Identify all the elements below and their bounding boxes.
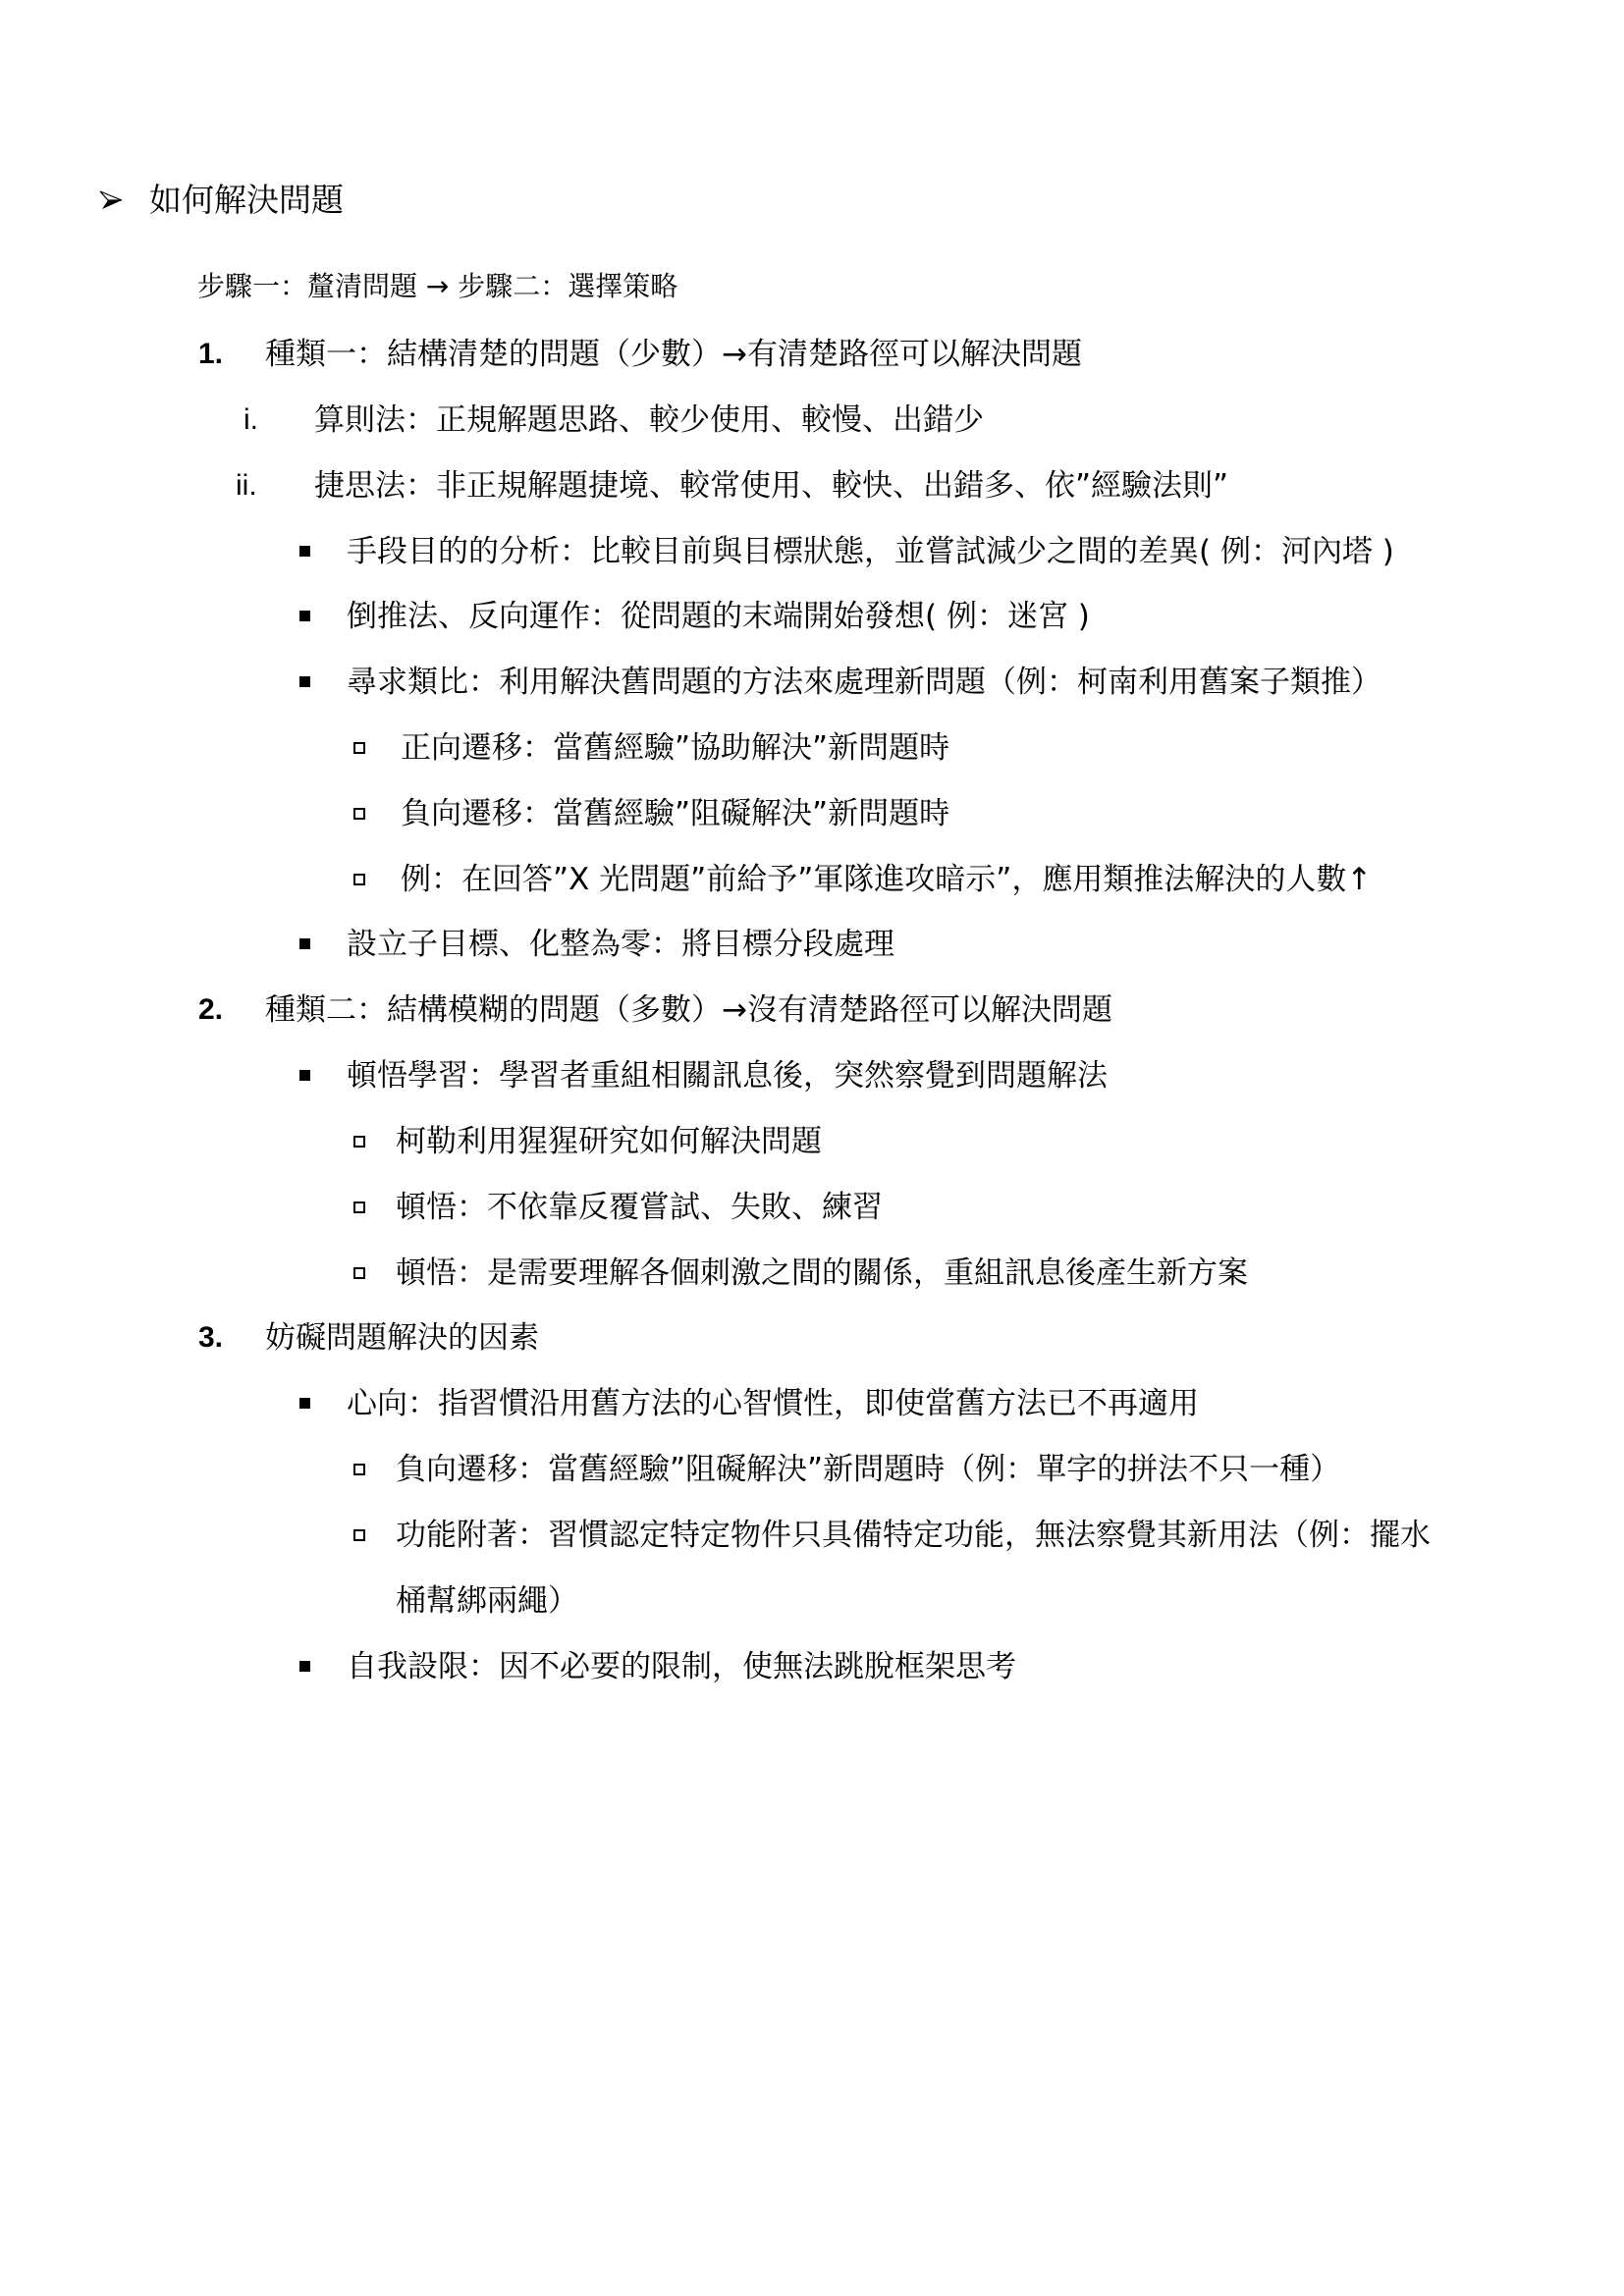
list-item-type-one: 種類一：結構清楚的問題（少數）→有清楚路徑可以解決問題 [265,335,1082,374]
hollow-square-bullet-icon [353,808,365,820]
list-item-heuristic: 捷思法：非正規解題捷境、較常使用、較快、出錯多、依”經驗法則” [314,466,1228,506]
hollow-square-bullet-icon [353,1464,365,1475]
list-number-2: 2. [198,990,223,1030]
sub-bullet-xray-example: 例：在回答”X 光問題”前給予”軍隊進攻暗示”，應用類推法解決的人數↑ [401,860,1372,899]
filled-square-bullet-icon [299,938,310,949]
arrowhead-bullet-icon [98,189,124,211]
list-roman-i: i. [244,400,258,440]
bullet-analogy: 尋求類比：利用解決舊問題的方法來處理新問題（例：柯南利用舊案子類推） [347,663,1381,702]
bullet-means-ends: 手段目的的分析：比較目前與目標狀態，並嘗試減少之間的差異( 例：河內塔 ) [347,532,1394,571]
document-page: 如何解決問題 步驟一：釐清問題 → 步驟二：選擇策略 1. 種類一：結構清楚的問… [0,0,1624,2296]
sub-bullet-positive-transfer: 正向遷移：當舊經驗”協助解決”新問題時 [401,728,949,768]
bullet-mental-set: 心向：指習慣沿用舊方法的心智慣性，即使當舊方法已不再適用 [347,1384,1199,1423]
list-item-algorithm: 算則法：正規解題思路、較少使用、較慢、出錯少 [314,400,984,440]
sub-bullet-functional-fixedness-continued: 桶幫綁兩繩） [396,1581,578,1621]
sub-bullet-functional-fixedness: 功能附著：習慣認定特定物件只具備特定功能，無法察覺其新用法（例：擺水 [396,1516,1431,1555]
bullet-subgoals: 設立子目標、化整為零：將目標分段處理 [347,925,894,964]
hollow-square-bullet-icon [353,1136,365,1148]
filled-square-bullet-icon [299,546,310,557]
filled-square-bullet-icon [299,1398,310,1409]
filled-square-bullet-icon [299,1661,310,1672]
list-number-3: 3. [198,1318,223,1358]
list-item-type-two: 種類二：結構模糊的問題（多數）→沒有清楚路徑可以解決問題 [265,990,1112,1030]
hollow-square-bullet-icon [353,1201,365,1213]
bullet-self-imposed-limits: 自我設限：因不必要的限制，使無法跳脫框架思考 [347,1647,1016,1686]
hollow-square-bullet-icon [353,1267,365,1279]
bullet-insight-learning: 頓悟學習：學習者重組相關訊息後，突然察覺到問題解法 [347,1056,1108,1095]
hollow-square-bullet-icon [353,874,365,885]
filled-square-bullet-icon [299,611,310,621]
bullet-working-backward: 倒推法、反向運作：從問題的末端開始發想( 例：迷宮 ) [347,597,1090,636]
hollow-square-bullet-icon [353,742,365,754]
sub-bullet-insight-no-trial: 頓悟：不依靠反覆嘗試、失敗、練習 [396,1188,883,1227]
sub-bullet-negative-transfer: 負向遷移：當舊經驗”阻礙解決”新問題時 [401,794,949,833]
filled-square-bullet-icon [299,676,310,687]
section-heading: 如何解決問題 [149,181,344,220]
list-number-1: 1. [198,335,223,374]
hollow-square-bullet-icon [353,1529,365,1541]
list-item-obstacles: 妨礙問題解決的因素 [265,1318,539,1358]
sub-bullet-negative-transfer-spelling: 負向遷移：當舊經驗”阻礙解決”新問題時（例：單字的拼法不只一種） [396,1450,1340,1489]
sub-bullet-kohler: 柯勒利用猩猩研究如何解決問題 [396,1122,822,1161]
filled-square-bullet-icon [299,1070,310,1081]
steps-summary: 步驟一：釐清問題 → 步驟二：選擇策略 [197,267,677,306]
sub-bullet-insight-relations: 頓悟：是需要理解各個刺激之間的關係，重組訊息後產生新方案 [396,1254,1248,1293]
list-roman-ii: ii. [236,466,257,506]
